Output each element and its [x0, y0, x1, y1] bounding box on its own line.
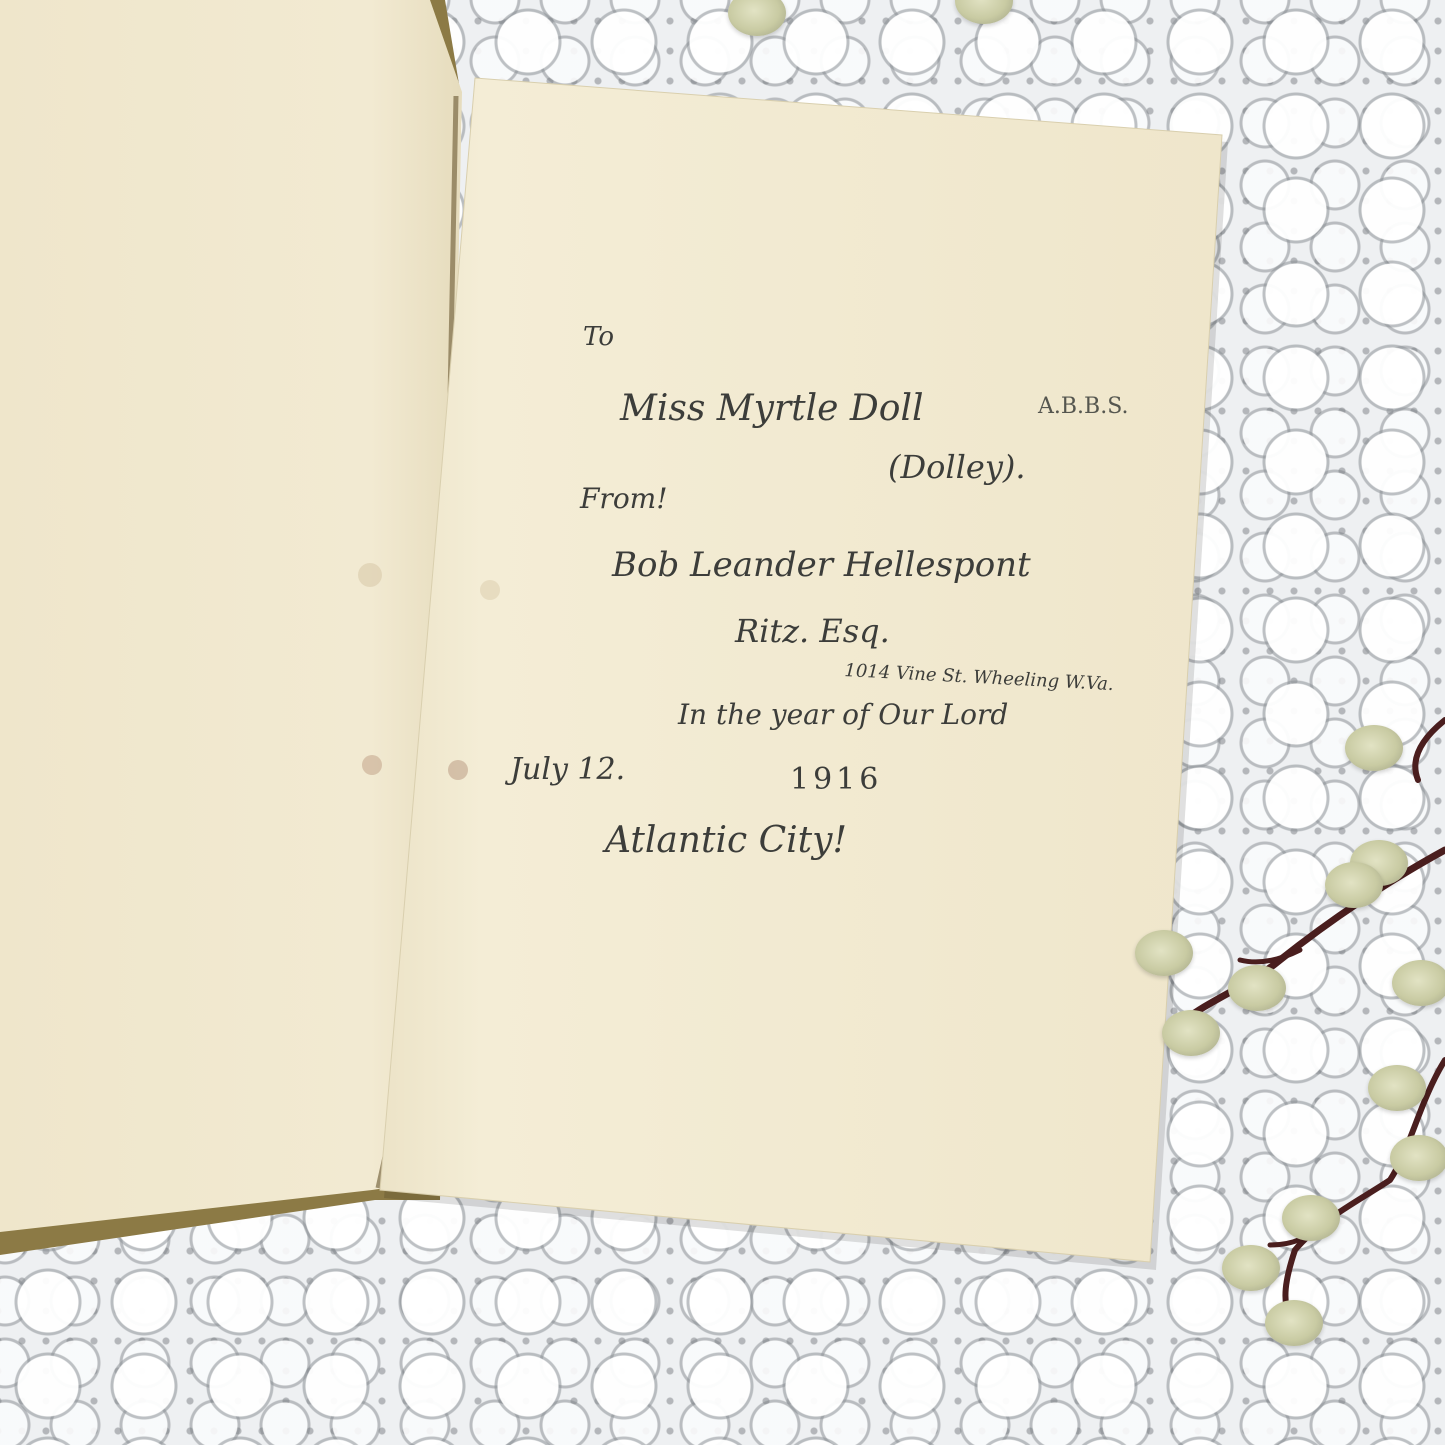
catkin	[1392, 960, 1445, 1006]
photo-scene: To Miss Myrtle Doll A.B.B.S. (Dolley). F…	[0, 0, 1445, 1445]
inscription-nickname: (Dolley).	[888, 448, 1026, 486]
catkin	[1368, 1065, 1426, 1111]
catkin	[1222, 1245, 1280, 1291]
inscription-sender-name: Bob Leander Hellespont	[612, 545, 1031, 585]
inscription-from: From!	[580, 482, 667, 515]
catkin	[1162, 1010, 1220, 1056]
right-page	[380, 78, 1222, 1262]
inscription-date: July 12.	[510, 752, 625, 787]
catkin	[1265, 1300, 1323, 1346]
inscription-recipient-suffix: A.B.B.S.	[1038, 394, 1128, 419]
catkin	[1345, 725, 1403, 771]
catkin	[1390, 1135, 1445, 1181]
inscription-sender-title: Ritz. Esq.	[735, 612, 890, 650]
inscription-recipient: Miss Myrtle Doll	[620, 388, 923, 429]
catkin	[1325, 862, 1383, 908]
inscription-to: To	[583, 322, 614, 352]
catkin	[1135, 930, 1193, 976]
catkin	[1228, 965, 1286, 1011]
inscription-place: Atlantic City!	[605, 820, 847, 861]
inscription-year-phrase: In the year of Our Lord	[678, 698, 1008, 731]
inscription-year: 1916	[790, 762, 882, 797]
catkin	[1282, 1195, 1340, 1241]
